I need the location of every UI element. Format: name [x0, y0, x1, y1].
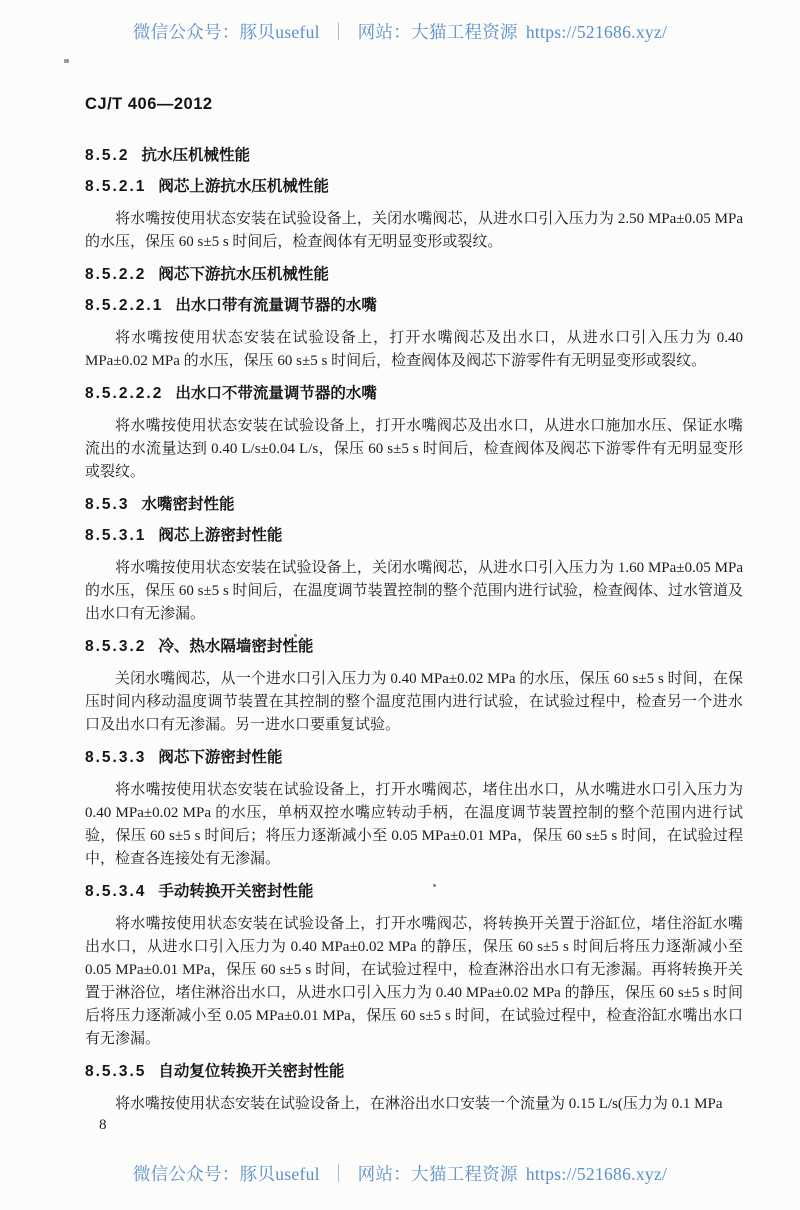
section-title: 阀芯下游密封性能 — [158, 749, 282, 766]
section-number: 8.5.2 — [85, 147, 129, 164]
section-number: 8.5.3 — [85, 496, 129, 513]
section-title: 水嘴密封性能 — [141, 496, 234, 513]
section-paragraph: 将水嘴按使用状态安装在试验设备上，打开水嘴阀芯，将转换开关置于浴缸位，堵住浴缸水… — [85, 913, 743, 1051]
section-8-5-2-2-2: 8.5.2.2.2出水口不带流量调节器的水嘴 将水嘴按使用状态安装在试验设备上，… — [85, 384, 743, 484]
section-title: 阀芯上游抗水压机械性能 — [158, 178, 329, 195]
section-heading: 8.5.2.2.1出水口带有流量调节器的水嘴 — [85, 296, 743, 316]
section-title: 出水口不带流量调节器的水嘴 — [175, 385, 377, 402]
section-paragraph: 将水嘴按使用状态安装在试验设备上，关闭水嘴阀芯，从进水口引入压力为 1.60 M… — [85, 557, 743, 626]
section-heading: 8.5.2.2阀芯下游抗水压机械性能 — [85, 265, 743, 285]
watermark-account: 微信公众号：豚贝useful — [133, 1164, 320, 1184]
section-paragraph: 将水嘴按使用状态安装在试验设备上，打开水嘴阀芯及出水口，从进水口引入压力为 0.… — [85, 327, 743, 373]
section-8-5-3-3: 8.5.3.3阀芯下游密封性能 将水嘴按使用状态安装在试验设备上，打开水嘴阀芯，… — [85, 748, 743, 871]
section-heading: 8.5.3.3阀芯下游密封性能 — [85, 748, 743, 768]
section-number: 8.5.3.2 — [85, 638, 146, 655]
section-number: 8.5.3.5 — [85, 1063, 146, 1080]
watermark-bottom: 微信公众号：豚贝useful｜网站：大猫工程资源https://521686.x… — [0, 1161, 800, 1186]
section-heading: 8.5.2.1阀芯上游抗水压机械性能 — [85, 177, 743, 197]
watermark-separator: ｜ — [330, 1164, 348, 1184]
section-title: 冷、热水隔墙密封性能 — [158, 638, 313, 655]
section-title: 手动转换开关密封性能 — [158, 883, 313, 900]
section-8-5-3-2: 8.5.3.2冷、热水隔墙密封性能 关闭水嘴阀芯，从一个进水口引入压力为 0.4… — [85, 637, 743, 737]
section-title: 出水口带有流量调节器的水嘴 — [175, 297, 377, 314]
section-8-5-2: 8.5.2抗水压机械性能 — [85, 146, 743, 166]
section-number: 8.5.3.1 — [85, 527, 146, 544]
section-number: 8.5.3.4 — [85, 883, 146, 900]
section-paragraph: 关闭水嘴阀芯，从一个进水口引入压力为 0.40 MPa±0.02 MPa 的水压… — [85, 668, 743, 737]
section-8-5-2-2: 8.5.2.2阀芯下游抗水压机械性能 — [85, 265, 743, 285]
section-title: 抗水压机械性能 — [141, 147, 250, 164]
watermark-url: https://521686.xyz/ — [526, 22, 667, 42]
watermark-url: https://521686.xyz/ — [526, 1164, 667, 1184]
section-paragraph: 将水嘴按使用状态安装在试验设备上，打开水嘴阀芯及出水口，从进水口施加水压、保证水… — [85, 415, 743, 484]
section-paragraph: 将水嘴按使用状态安装在试验设备上，在淋浴出水口安装一个流量为 0.15 L/s(… — [85, 1093, 743, 1116]
watermark-separator: ｜ — [330, 22, 348, 42]
section-number: 8.5.3.3 — [85, 749, 146, 766]
section-heading: 8.5.3水嘴密封性能 — [85, 495, 743, 515]
scan-speck — [64, 59, 69, 63]
watermark-site: 网站：大猫工程资源 — [358, 1164, 518, 1184]
section-number: 8.5.2.1 — [85, 178, 146, 195]
section-heading: 8.5.3.1阀芯上游密封性能 — [85, 526, 743, 546]
section-8-5-3-4: 8.5.3.4手动转换开关密封性能 将水嘴按使用状态安装在试验设备上，打开水嘴阀… — [85, 882, 743, 1051]
standard-number: CJ/T 406—2012 — [85, 95, 213, 114]
section-heading: 8.5.2抗水压机械性能 — [85, 146, 743, 166]
section-8-5-2-1: 8.5.2.1阀芯上游抗水压机械性能 将水嘴按使用状态安装在试验设备上，关闭水嘴… — [85, 177, 743, 254]
section-8-5-2-2-1: 8.5.2.2.1出水口带有流量调节器的水嘴 将水嘴按使用状态安装在试验设备上，… — [85, 296, 743, 373]
watermark-site: 网站：大猫工程资源 — [358, 22, 518, 42]
section-number: 8.5.2.2.2 — [85, 385, 163, 402]
section-8-5-3-5: 8.5.3.5自动复位转换开关密封性能 将水嘴按使用状态安装在试验设备上，在淋浴… — [85, 1062, 743, 1116]
section-paragraph: 将水嘴按使用状态安装在试验设备上，打开水嘴阀芯，堵住出水口，从水嘴进水口引入压力… — [85, 779, 743, 871]
section-heading: 8.5.3.5自动复位转换开关密封性能 — [85, 1062, 743, 1082]
section-title: 自动复位转换开关密封性能 — [158, 1063, 344, 1080]
section-number: 8.5.2.2.1 — [85, 297, 163, 314]
section-8-5-3-1: 8.5.3.1阀芯上游密封性能 将水嘴按使用状态安装在试验设备上，关闭水嘴阀芯，… — [85, 526, 743, 626]
section-8-5-3: 8.5.3水嘴密封性能 — [85, 495, 743, 515]
section-heading: 8.5.2.2.2出水口不带流量调节器的水嘴 — [85, 384, 743, 404]
watermark-top: 微信公众号：豚贝useful｜网站：大猫工程资源https://521686.x… — [0, 19, 800, 44]
page-number: 8 — [99, 1117, 107, 1134]
section-paragraph: 将水嘴按使用状态安装在试验设备上，关闭水嘴阀芯，从进水口引入压力为 2.50 M… — [85, 208, 743, 254]
section-heading: 8.5.3.2冷、热水隔墙密封性能 — [85, 637, 743, 657]
section-title: 阀芯下游抗水压机械性能 — [158, 266, 329, 283]
section-number: 8.5.2.2 — [85, 266, 146, 283]
document-body: 8.5.2抗水压机械性能 8.5.2.1阀芯上游抗水压机械性能 将水嘴按使用状态… — [85, 146, 743, 1127]
section-title: 阀芯上游密封性能 — [158, 527, 282, 544]
watermark-account: 微信公众号：豚贝useful — [133, 22, 320, 42]
section-heading: 8.5.3.4手动转换开关密封性能 — [85, 882, 743, 902]
